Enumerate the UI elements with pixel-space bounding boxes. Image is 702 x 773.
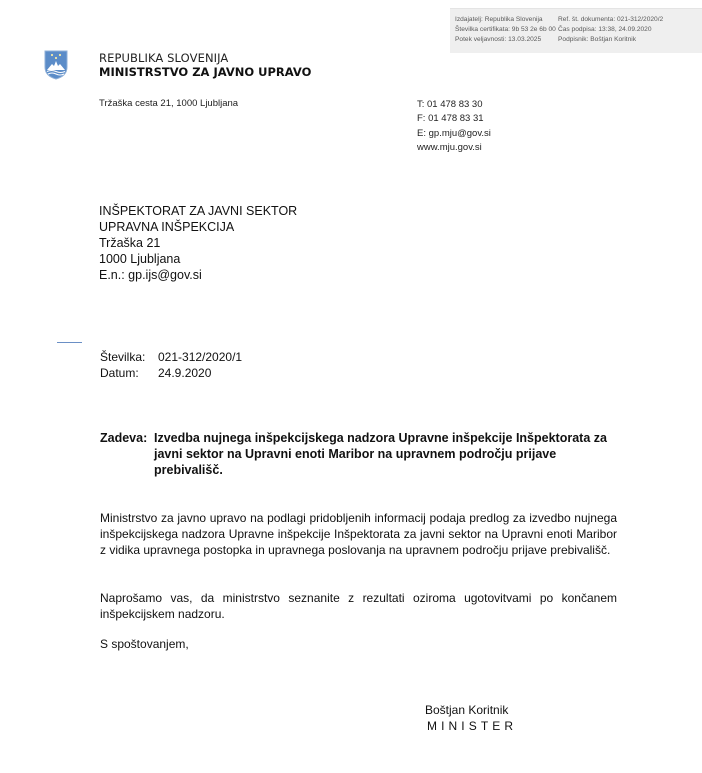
- stamp-issuer: Izdajatelj: Republika Slovenija: [455, 15, 543, 25]
- contact-website[interactable]: www.mju.gov.si: [417, 141, 491, 155]
- closing-salutation: S spoštovanjem,: [100, 637, 189, 651]
- ministry-contact: T: 01 478 83 30 F: 01 478 83 31 E: gp.mj…: [417, 98, 491, 155]
- digital-signature-stamp: Izdajatelj: Republika Slovenija Ref. št.…: [450, 8, 702, 53]
- stamp-row-certificate: Številka certifikata: 9b 53 2e 6b 00 Čas…: [455, 25, 702, 35]
- contact-email[interactable]: E: gp.mju@gov.si: [417, 127, 491, 141]
- ministry-name: MINISTRSTVO ZA JAVNO UPRAVO: [99, 65, 311, 80]
- body-paragraph-1: Ministrstvo za javno upravo na podlagi p…: [100, 510, 617, 559]
- recipient-organization: INŠPEKTORAT ZA JAVNI SEKTOR: [99, 203, 297, 219]
- recipient-street: Tržaška 21: [99, 235, 297, 251]
- body-paragraph-2: Naprošamo vas, da ministrstvo seznanite …: [100, 590, 617, 622]
- contact-fax: F: 01 478 83 31: [417, 112, 491, 126]
- fold-mark-divider: [57, 342, 82, 343]
- subject-text: Izvedba nujnega inšpekcijskega nadzora U…: [154, 430, 614, 478]
- recipient-city: 1000 Ljubljana: [99, 251, 297, 267]
- reference-block: Številka: 021-312/2020/1 Datum: 24.9.202…: [100, 349, 242, 381]
- recipient-block: INŠPEKTORAT ZA JAVNI SEKTOR UPRAVNA INŠP…: [99, 203, 297, 283]
- reference-number-label: Številka:: [100, 349, 158, 365]
- reference-date-row: Datum: 24.9.2020: [100, 365, 242, 381]
- republic-name: REPUBLIKA SLOVENIJA: [99, 51, 311, 65]
- stamp-row-validity: Potek veljavnosti: 13.03.2025 Podpisnik:…: [455, 35, 702, 45]
- reference-date-label: Datum:: [100, 365, 158, 381]
- signature-block: Boštjan Koritnik MINISTER: [425, 702, 517, 734]
- recipient-department: UPRAVNA INŠPEKCIJA: [99, 219, 297, 235]
- signatory-title: MINISTER: [425, 718, 517, 734]
- contact-phone: T: 01 478 83 30: [417, 98, 491, 112]
- reference-number-row: Številka: 021-312/2020/1: [100, 349, 242, 365]
- stamp-signer: Podpisnik: Boštjan Koritnik: [558, 35, 636, 45]
- stamp-row-issuer: Izdajatelj: Republika Slovenija Ref. št.…: [455, 15, 702, 25]
- reference-date-value: 24.9.2020: [158, 365, 211, 381]
- stamp-validity: Potek veljavnosti: 13.03.2025: [455, 35, 541, 45]
- ministry-address: Tržaška cesta 21, 1000 Ljubljana: [99, 98, 238, 109]
- slovenia-coat-of-arms-icon: [44, 50, 68, 80]
- recipient-email: E.n.: gp.ijs@gov.si: [99, 267, 297, 283]
- signatory-name: Boštjan Koritnik: [425, 702, 517, 718]
- stamp-doc-ref: Ref. št. dokumenta: 021-312/2020/2: [558, 15, 663, 25]
- ministry-header: REPUBLIKA SLOVENIJA MINISTRSTVO ZA JAVNO…: [99, 51, 311, 80]
- stamp-sign-time: Čas podpisa: 13:38, 24.09.2020: [558, 25, 652, 35]
- stamp-certificate: Številka certifikata: 9b 53 2e 6b 00: [455, 25, 556, 35]
- subject-label: Zadeva:: [100, 430, 147, 446]
- reference-number-value: 021-312/2020/1: [158, 349, 242, 365]
